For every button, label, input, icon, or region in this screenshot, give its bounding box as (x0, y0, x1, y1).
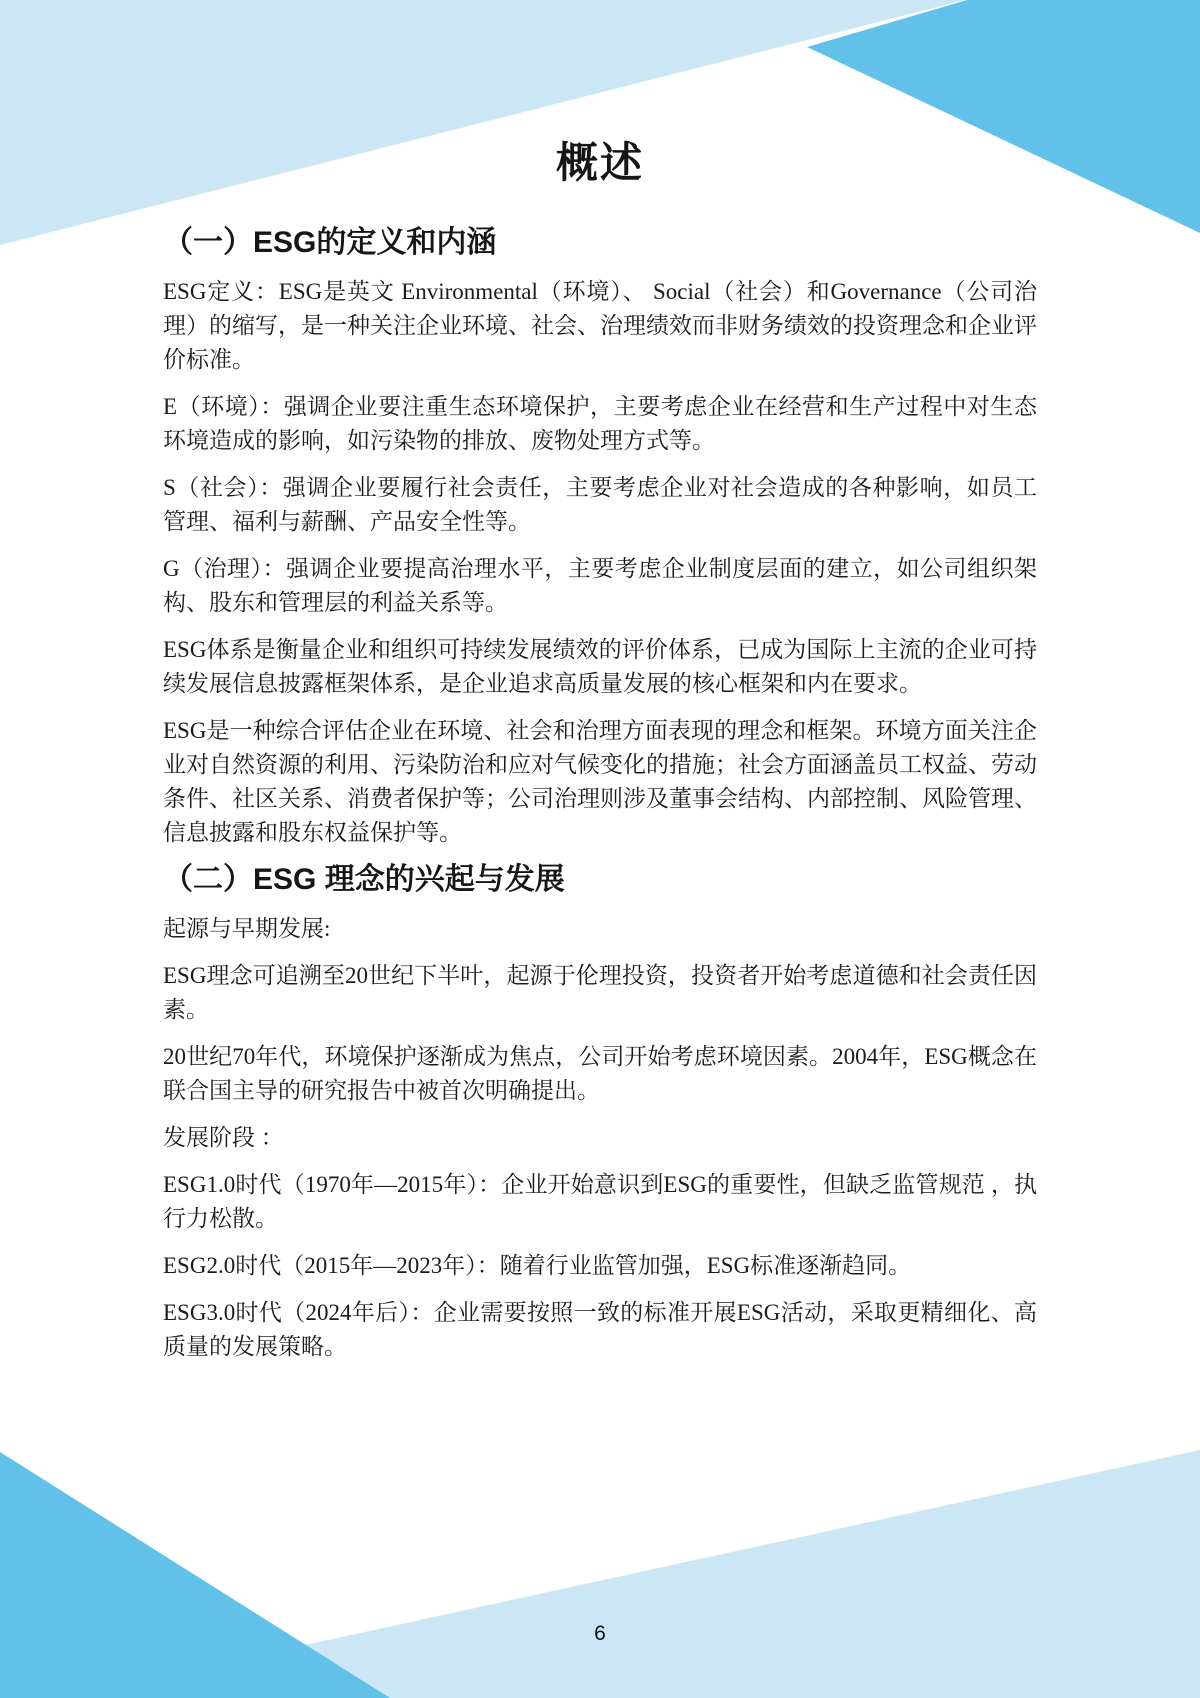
paragraph: 起源与早期发展: (163, 912, 1037, 946)
paragraph: 20世纪70年代，环境保护逐渐成为焦点，公司开始考虑环境因素。2004年，ESG… (163, 1040, 1037, 1108)
paragraph: ESG是一种综合评估企业在环境、社会和治理方面表现的理念和框架。环境方面关注企业… (163, 714, 1037, 850)
paragraph: S（社会）：强调企业要履行社会责任，主要考虑企业对社会造成的各种影响，如员工管理… (163, 471, 1037, 539)
paragraph: ESG定义：ESG是英文 Environmental（环境）、 Social（社… (163, 275, 1037, 377)
paragraph: 发展阶段 ： (163, 1121, 1037, 1155)
section-heading-esg-definition: （一）ESG的定义和内涵 (163, 226, 1037, 260)
paragraph: G（治理）：强调企业要提高治理水平，主要考虑企业制度层面的建立，如公司组织架构、… (163, 552, 1037, 620)
paragraph: ESG理念可追溯至20世纪下半叶，起源于伦理投资，投资者开始考虑道德和社会责任因… (163, 959, 1037, 1027)
paragraph: ESG3.0时代（2024年后）：企业需要按照一致的标准开展ESG活动，采取更精… (163, 1296, 1037, 1364)
section-heading-esg-development: （二）ESG 理念的兴起与发展 (163, 863, 1037, 897)
page-title: 概述 (163, 138, 1037, 188)
paragraph: E（环境）：强调企业要注重生态环境保护，主要考虑企业在经营和生产过程中对生态环境… (163, 390, 1037, 458)
page-number: 6 (0, 1622, 1200, 1646)
paragraph: ESG1.0时代（1970年—2015年）：企业开始意识到ESG的重要性，但缺乏… (163, 1168, 1037, 1236)
paragraph: ESG体系是衡量企业和组织可持续发展绩效的评价体系，已成为国际上主流的企业可持续… (163, 633, 1037, 701)
page-content: 概述 （一）ESG的定义和内涵 ESG定义：ESG是英文 Environment… (163, 138, 1037, 1377)
paragraph: ESG2.0时代（2015年—2023年）：随着行业监管加强，ESG标准逐渐趋同… (163, 1249, 1037, 1283)
